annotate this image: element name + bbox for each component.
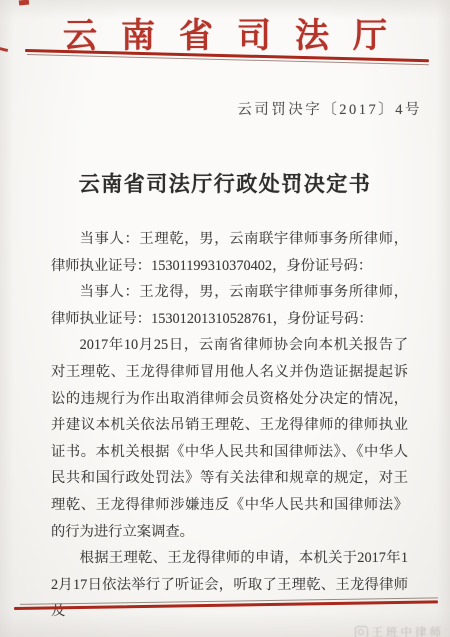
watermark-text: 王班中律师 [372, 624, 445, 637]
watermark-logo-icon [355, 626, 368, 637]
document-title: 云南省司法厅行政处罚决定书 [0, 168, 450, 198]
document-number: 云司罚决字〔2017〕4号 [237, 98, 422, 119]
document-page: 云南省司法厅 云司罚决字〔2017〕4号 云南省司法厅行政处罚决定书 当事人：王… [0, 0, 450, 637]
paragraph-party-2: 当事人：王龙得，男，云南联宇律师事务所律师，律师执业证号：15301201310… [51, 279, 408, 332]
paragraph-party-1: 当事人：王理乾，男，云南联宇律师事务所律师，律师执业证号：15301199310… [51, 226, 408, 279]
scan-artifact-top-mark [19, 0, 29, 6]
paragraph-case-background: 2017年10月25日，云南省律师协会向本机关报告了对王理乾、王龙得律师冒用他人… [51, 332, 408, 545]
watermark: 王班中律师 [355, 624, 445, 637]
document-body: 当事人：王理乾，男，云南联宇律师事务所律师，律师执业证号：15301199310… [51, 226, 408, 625]
paragraph-hearing: 根据王理乾、王龙得律师的申请，本机关于2017年12月17日依法举行了听证会，听… [51, 545, 408, 625]
